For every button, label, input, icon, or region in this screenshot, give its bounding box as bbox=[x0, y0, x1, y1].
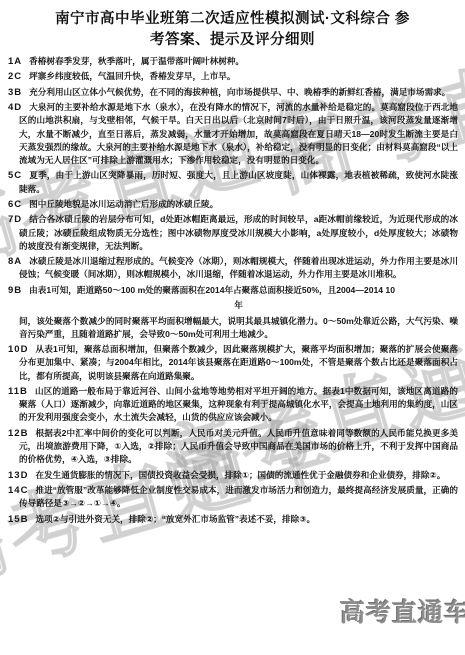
answer-item: 8A冰碛丘陵是冰川退缩过程形成的。气候变冷（冰期），则冰帽规模大，伴随着出现冰进… bbox=[8, 255, 458, 281]
answer-item-text: 山区的道路一般布局于靠近河谷、山间小盆地等地势相对平坦开阔的地方。据表1中数据可… bbox=[19, 386, 458, 422]
answer-item: 7D结合各冰碛丘陵的岩层分布可知，d处距冰帽距离最远，形成的时间较早，a距冰帽前… bbox=[8, 213, 458, 253]
answer-item-text: 推进“放管服”改革能够降低企业制度性交易成本，进而激发市场活力和创造力，最终提高… bbox=[19, 485, 458, 508]
answer-item: 9B由表1可知，距道路50～100 m处的聚落面积在2014年占聚落总面积接近5… bbox=[8, 284, 458, 297]
answer-item-text: 结合各冰碛丘陵的岩层分布可知，d处距冰帽距离最远，形成的时间较早，a距冰帽前缘较… bbox=[19, 214, 458, 250]
answer-item-text: 冰碛丘陵是冰川退缩过程形成的。气候变冷（冰期），则冰帽规模大，伴随着出现冰进运动… bbox=[19, 256, 458, 279]
answer-item: 6C图中丘陵地貌是冰川运动消亡后形成的冰碛丘陵。 bbox=[8, 198, 458, 211]
page-title-line1: 南宁市高中毕业班第二次适应性模拟测试·文科综合 参 bbox=[14, 9, 451, 30]
answer-item: 13D在发生通货膨胀的情况下，国债投资收益会受损，排除①；国债的流通性优于金融债… bbox=[8, 469, 458, 482]
answer-item-center-line: 年 bbox=[8, 299, 458, 312]
page-title: 南宁市高中毕业班第二次适应性模拟测试·文科综合 参 考答案、提示及评分细则 bbox=[14, 9, 451, 51]
answer-item-label: 5C bbox=[8, 169, 22, 182]
answer-item-label: 8A bbox=[8, 255, 22, 268]
answer-item-label: 11B bbox=[8, 385, 28, 398]
answer-item-label: 13D bbox=[8, 469, 28, 482]
watermark-brand: 高考直通车 bbox=[340, 593, 465, 629]
answer-item-text: 香椿树春季发芽，秋季落叶，属于温带落叶阔叶林树种。 bbox=[29, 56, 244, 66]
answer-item-label: 6C bbox=[8, 198, 22, 211]
answer-item-label: 15B bbox=[8, 513, 28, 526]
answer-item-text: 图中丘陵地貌是冰川运动消亡后形成的冰碛丘陵。 bbox=[29, 199, 218, 209]
answer-item: 1A香椿树春季发芽，秋季落叶，属于温带落叶阔叶林树种。 bbox=[8, 55, 458, 68]
answer-item: 4D大泉河的主要补给水源是地下水（泉水），在没有降水的情况下，河流的水量补给是稳… bbox=[8, 101, 458, 167]
answer-item-text: 根据表2中汇率中间价的变化可以判断，人民币对美元升值。人民币升值意味着同等数额的… bbox=[19, 428, 458, 464]
answer-item-text: 大泉河的主要补给水源是地下水（泉水），在没有降水的情况下，河流的水量补给是稳定的… bbox=[19, 102, 458, 165]
answer-item-label: 4D bbox=[8, 101, 22, 114]
answer-item-continuation: 间，该处聚落个数减少的同时聚落平均面积增幅最大，说明其最具城镇化潜力。0～50m… bbox=[8, 315, 458, 341]
answer-item: 12B根据表2中汇率中间价的变化可以判断，人民币对美元升值。人民币升值意味着同等… bbox=[8, 427, 458, 467]
answer-item-text: 夏季，由于上游山区突降暴雨，历时短、强度大，且上游山区坡度陡，山体裸露，地表植被… bbox=[19, 170, 458, 193]
answer-item-label: 10D bbox=[8, 343, 28, 356]
answer-item-label: 9B bbox=[8, 284, 22, 297]
answer-item: 11B山区的道路一般布局于靠近河谷、山间小盆地等地势相对平坦开阔的地方。据表1中… bbox=[8, 385, 458, 425]
answer-item-label: 2C bbox=[8, 70, 22, 83]
page-title-line2: 考答案、提示及评分细则 bbox=[14, 30, 451, 51]
answer-item: 10D从表1可知，聚落总面积增加，但聚落个数减少，因此聚落规模扩大，聚落平均面积… bbox=[8, 343, 458, 383]
answer-item: 3B充分利用山区立体小气候优势，在不同的海拔种植，向市场提供早、中、晚椿季的新鲜… bbox=[8, 86, 458, 99]
answer-list: 1A香椿树春季发芽，秋季落叶，属于温带落叶阔叶林树种。2C坪寨乡纬度较低，气温回… bbox=[8, 55, 458, 526]
answer-sheet-page: 南宁市高中毕业班第二次适应性模拟测试·文科综合 参 考答案、提示及评分细则 1A… bbox=[0, 0, 465, 655]
answer-item-label: 7D bbox=[8, 213, 22, 226]
answer-item-text: 从表1可知，聚落总面积增加，但聚落个数减少，因此聚落规模扩大，聚落平均面积增加；… bbox=[19, 344, 458, 380]
answer-item-label: 14C bbox=[8, 484, 28, 497]
answer-item-label: 12B bbox=[8, 427, 28, 440]
answer-item-text: 选项②与引进外资无关，排除②；“放宽外汇市场监管”表述不妥，排除③。 bbox=[35, 514, 315, 524]
answer-item-label: 1A bbox=[8, 55, 22, 68]
answer-item-text: 由表1可知，距道路50～100 m处的聚落面积在2014年占聚落总面积接近50%… bbox=[29, 285, 395, 295]
answer-item: 15B选项②与引进外资无关，排除②；“放宽外汇市场监管”表述不妥，排除③。 bbox=[8, 513, 458, 526]
answer-item: 2C坪寨乡纬度较低，气温回升快，香椿发芽早，上市早。 bbox=[8, 70, 458, 83]
answer-item: 14C推进“放管服”改革能够降低企业制度性交易成本，进而激发市场活力和创造力，最… bbox=[8, 484, 458, 510]
answer-item-text: 坪寨乡纬度较低，气温回升快，香椿发芽早，上市早。 bbox=[29, 71, 235, 81]
answer-item-text: 在发生通货膨胀的情况下，国债投资收益会受损，排除①；国债的流通性优于金融债券和企… bbox=[35, 470, 445, 480]
answer-item-text: 充分利用山区立体小气候优势，在不同的海拔种植，向市场提供早、中、晚椿季的新鲜红香… bbox=[29, 87, 450, 97]
answer-item-label: 3B bbox=[8, 86, 22, 99]
answer-item: 5C夏季，由于上游山区突降暴雨，历时短、强度大，且上游山区坡度陡，山体裸露，地表… bbox=[8, 169, 458, 195]
